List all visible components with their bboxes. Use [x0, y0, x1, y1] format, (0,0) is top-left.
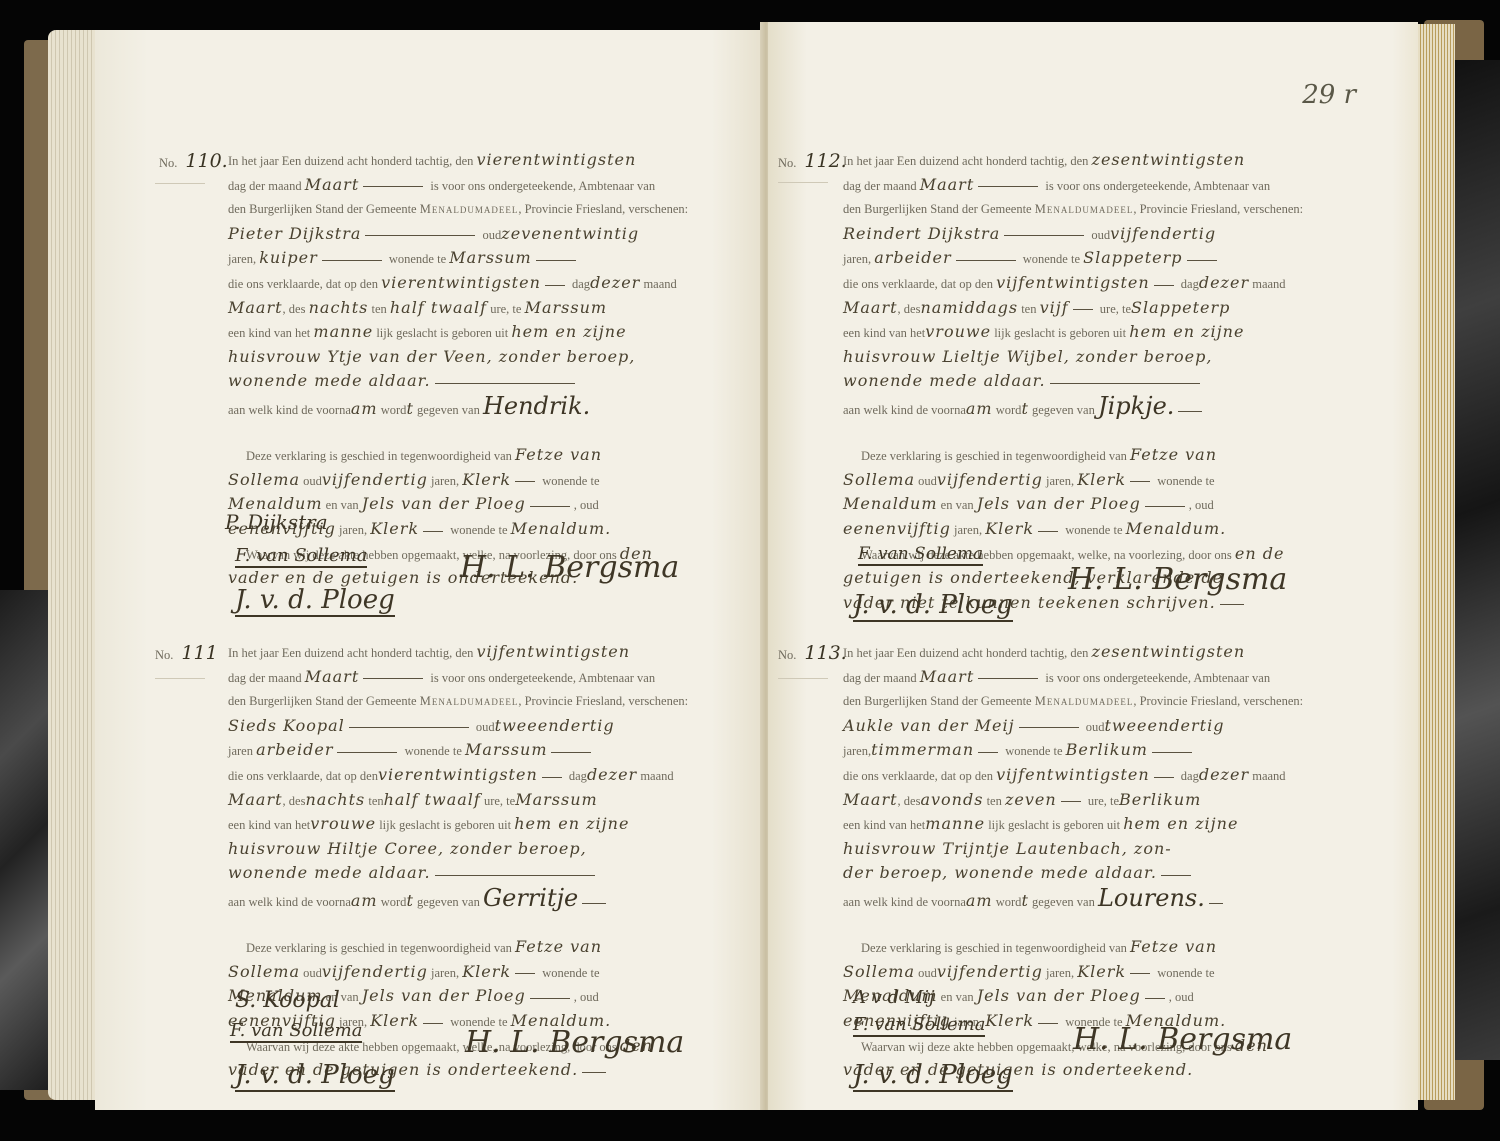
handwritten-entry: Menaldum.	[511, 519, 612, 538]
fill-line	[1154, 285, 1174, 286]
printed-text: is voor ons ondergeteekende, Ambtenaar v…	[1045, 671, 1270, 685]
fill-line	[1152, 752, 1192, 753]
handwritten-entry: Klerk	[370, 1011, 419, 1030]
fill-line	[978, 678, 1038, 679]
printed-text: wonende te	[542, 474, 599, 488]
fill-line	[515, 481, 535, 482]
fill-line	[1038, 1023, 1058, 1024]
record-line: In het jaar Een duizend acht honderd tac…	[228, 640, 813, 665]
record-line: jaren arbeider wonende te Marssum	[228, 738, 813, 763]
printed-text: den Burgerlijken Stand der Gemeente	[843, 694, 1032, 708]
handwritten-entry: hem en zijne	[511, 322, 626, 341]
printed-text: word	[996, 895, 1022, 909]
fill-line	[515, 973, 535, 974]
printed-text: oud	[1086, 720, 1105, 734]
child-name: Lourens.	[1098, 884, 1205, 912]
printed-text: dag	[569, 769, 587, 783]
printed-text: , des	[283, 302, 306, 316]
printed-text: In het jaar Een duizend acht honderd tac…	[843, 154, 1088, 168]
handwritten-entry: hem en zijne	[514, 814, 629, 833]
printed-text: oud	[1091, 228, 1110, 242]
record-line	[843, 911, 1413, 936]
record-line: die ons verklaarde, dat op den vijfentwi…	[843, 271, 1413, 296]
record-line: huisvrouw Ytje van der Veen, zonder bero…	[228, 345, 813, 370]
printed-text: dag der maand	[843, 179, 917, 193]
fill-line	[1145, 998, 1165, 999]
record-line: In het jaar Een duizend acht honderd tac…	[843, 640, 1413, 665]
record-line: een kind van hetvrouwe lijk geslacht is …	[228, 812, 813, 837]
printed-text: ten	[1021, 302, 1036, 316]
fill-line	[1038, 531, 1058, 532]
handwritten-entry: zevenentwintig	[501, 224, 639, 243]
printed-text: die ons verklaarde, dat op den	[843, 277, 993, 291]
handwritten-entry: Jels van der Ploeg	[977, 986, 1141, 1005]
printed-text: jaren,	[431, 474, 459, 488]
signature: F. van Sollema	[235, 545, 367, 568]
handwritten-entry: vijfendertig	[322, 962, 428, 981]
left-page: No.110. In het jaar Een duizend acht hon…	[95, 30, 765, 1110]
record-line: een kind van het manne lijk geslacht is …	[228, 320, 813, 345]
fill-line	[551, 752, 591, 753]
handwritten-entry: nachts	[305, 790, 365, 809]
record-line: wonende mede aldaar.	[843, 369, 1413, 394]
printed-text: ten	[368, 794, 383, 808]
handwritten-entry: wonende mede aldaar.	[228, 863, 431, 882]
record-line: Maart, desnachts tenhalf twaalf ure, teM…	[228, 788, 813, 813]
handwritten-entry: half twaalf	[390, 298, 487, 317]
printed-text: den Burgerlijken Stand der Gemeente	[843, 202, 1032, 216]
printed-text: wonende te	[1157, 474, 1214, 488]
handwritten-entry: vrouwe	[925, 322, 991, 341]
printed-text: gegeven van	[1032, 895, 1095, 909]
record-line: den Burgerlijken Stand der Gemeente Mena…	[228, 197, 813, 222]
record-line: den Burgerlijken Stand der Gemeente Mena…	[228, 689, 813, 714]
fill-line	[956, 260, 1016, 261]
record-line: Sollema oudvijfendertig jaren, Klerk won…	[843, 468, 1413, 493]
printed-text: jaren	[228, 744, 253, 758]
record-line: een kind van hetmanne lijk geslacht is g…	[843, 812, 1413, 837]
record-line: die ons verklaarde, dat op den vijfentwi…	[843, 763, 1413, 788]
printed-text: maand	[1252, 769, 1285, 783]
printed-text: ten	[371, 302, 386, 316]
record-number-label: No.112.	[778, 150, 847, 172]
fill-line	[582, 903, 606, 904]
printed-text: die ons verklaarde, dat op den	[228, 277, 378, 291]
printed-text: gegeven van	[417, 895, 480, 909]
record-line: huisvrouw Trijntje Lautenbach, zon-	[843, 837, 1413, 862]
fill-line	[1130, 973, 1150, 974]
handwritten-entry: Marssum	[525, 298, 607, 317]
printed-text: lijk geslacht is geboren uit	[994, 326, 1126, 340]
right-page: 29 r No.112. In het jaar Een duizend ach…	[768, 22, 1418, 1110]
signature: P. Dijkstra	[225, 510, 328, 534]
signature: S. Koopal	[235, 988, 340, 1013]
handwritten-entry: en de	[1235, 544, 1285, 563]
record-line	[843, 419, 1413, 444]
printed-text: ure, te	[1088, 794, 1119, 808]
handwritten-entry: dezer	[587, 765, 637, 784]
record-line: Deze verklaring is geschied in tegenwoor…	[843, 935, 1413, 960]
printed-text: den Burgerlijken Stand der Gemeente	[228, 202, 417, 216]
printed-text: dag der maand	[843, 671, 917, 685]
handwritten-entry: der beroep, wonende mede aldaar.	[843, 863, 1157, 882]
handwritten-entry: tweeendertig	[495, 716, 615, 735]
printed-text: een kind van het	[843, 326, 925, 340]
printed-text: ure, te	[490, 302, 521, 316]
printed-text: wonende te	[1005, 744, 1062, 758]
printed-text: die ons verklaarde, dat op den	[228, 769, 378, 783]
record-line: wonende mede aldaar.	[228, 369, 813, 394]
birth-record-111: In het jaar Een duizend acht honderd tac…	[228, 640, 813, 1083]
printed-text: gegeven van	[1032, 403, 1095, 417]
handwritten-entry: Klerk	[985, 1011, 1034, 1030]
handwritten-entry: half twaalf	[384, 790, 481, 809]
handwritten-entry: vierentwintigsten	[477, 150, 637, 169]
handwritten-entry: Sollema	[228, 470, 300, 489]
handwritten-entry: t	[1021, 399, 1028, 418]
record-line: die ons verklaarde, dat op denvierentwin…	[228, 763, 813, 788]
record-line: In het jaar Een duizend acht honderd tac…	[843, 148, 1413, 173]
printed-text: Deze verklaring is geschied in tegenwoor…	[861, 941, 1127, 955]
handwritten-entry: t	[1021, 891, 1028, 910]
record-line: Pieter Dijkstra oudzevenentwintig	[228, 222, 813, 247]
handwritten-entry: Maart	[920, 667, 975, 686]
handwritten-entry: vijfentwintigsten	[996, 765, 1150, 784]
printed-text: jaren,	[843, 744, 871, 758]
record-line: dag der maand Maart is voor ons onderget…	[228, 665, 813, 690]
printed-text: Menaldumadeel	[1035, 202, 1134, 216]
handwritten-entry: am	[351, 399, 378, 418]
fill-line	[1073, 309, 1093, 310]
printed-text: In het jaar Een duizend acht honderd tac…	[843, 646, 1088, 660]
fill-line	[1209, 903, 1223, 904]
printed-text: , des	[283, 794, 306, 808]
signature: J. v. d. Ploeg	[235, 585, 395, 617]
handwritten-entry: Maart	[228, 298, 283, 317]
printed-text: aan welk kind de voorna	[843, 403, 966, 417]
record-line	[228, 419, 813, 444]
printed-text: wonende te	[1065, 523, 1122, 537]
printed-text: den Burgerlijken Stand der Gemeente	[228, 694, 417, 708]
handwritten-entry: am	[966, 891, 993, 910]
signature: J. v. d. Ploeg	[853, 590, 1013, 622]
fill-line	[1061, 801, 1081, 802]
printed-text: en van	[941, 990, 974, 1004]
handwritten-entry: Maart	[920, 175, 975, 194]
printed-text: ure, te	[1100, 302, 1131, 316]
signature: F. van Sollema	[858, 544, 983, 566]
printed-text: wonende te	[1023, 252, 1080, 266]
printed-text: oud	[476, 720, 495, 734]
record-line: den Burgerlijken Stand der Gemeente Mena…	[843, 197, 1413, 222]
printed-text: die ons verklaarde, dat op den	[843, 769, 993, 783]
handwritten-entry: Fetze van	[515, 445, 602, 464]
signature: F. van Sollema	[853, 1014, 985, 1037]
record-line: Maart, desavonds ten zeven ure, teBerlik…	[843, 788, 1413, 813]
fill-line	[1220, 604, 1244, 605]
printed-text: dag der maand	[228, 179, 302, 193]
record-line	[228, 911, 813, 936]
printed-text: Menaldumadeel	[420, 202, 519, 216]
fill-line	[423, 1023, 443, 1024]
handwritten-entry: zeven	[1005, 790, 1057, 809]
handwritten-entry: kuiper	[259, 248, 317, 267]
record-line: dag der maand Maart is voor ons onderget…	[843, 173, 1413, 198]
record-line: aan welk kind de voornaam wordt gegeven …	[843, 394, 1413, 419]
printed-text: oud	[918, 474, 937, 488]
handwritten-entry: Marssum	[515, 790, 597, 809]
printed-text: maand	[1252, 277, 1285, 291]
printed-text: is voor ons ondergeteekende, Ambtenaar v…	[430, 671, 655, 685]
signature: J. v. d. Ploeg	[235, 1060, 395, 1092]
printed-text: oud	[303, 474, 322, 488]
handwritten-entry: Sollema	[843, 470, 915, 489]
handwritten-entry: avonds	[920, 790, 983, 809]
printed-text: lijk geslacht is geboren uit	[376, 326, 508, 340]
handwritten-entry: Berlikum	[1066, 740, 1148, 759]
printed-text: , des	[898, 302, 921, 316]
printed-text: word	[996, 403, 1022, 417]
handwritten-entry: Klerk	[985, 519, 1034, 538]
handwritten-entry: huisvrouw Lieltje Wijbel, zonder beroep,	[843, 347, 1212, 366]
handwritten-entry: Slappeterp	[1131, 298, 1230, 317]
printed-text: is voor ons ondergeteekende, Ambtenaar v…	[1045, 179, 1270, 193]
handwritten-entry: tweeendertig	[1104, 716, 1224, 735]
fill-line	[349, 727, 469, 728]
handwritten-entry: wonende mede aldaar.	[843, 371, 1046, 390]
printed-text: In het jaar Een duizend acht honderd tac…	[228, 154, 473, 168]
printed-text: word	[381, 895, 407, 909]
record-line: jaren, kuiper wonende te Marssum	[228, 246, 813, 271]
fill-line	[322, 260, 382, 261]
fill-line	[363, 678, 423, 679]
marbled-endpaper-right	[1450, 60, 1500, 1060]
handwritten-entry: vijfendertig	[1110, 224, 1216, 243]
printed-text: Menaldumadeel	[1035, 694, 1134, 708]
handwritten-entry: Klerk	[370, 519, 419, 538]
handwritten-entry: Maart	[305, 175, 360, 194]
printed-text: ure, te	[484, 794, 515, 808]
fill-line	[530, 506, 570, 507]
fill-line	[1050, 383, 1200, 384]
handwritten-entry: arbeider	[874, 248, 951, 267]
handwritten-entry: Fetze van	[1130, 937, 1217, 956]
printed-text: wonende te	[450, 523, 507, 537]
handwritten-entry: dezer	[590, 273, 640, 292]
printed-text: In het jaar Een duizend acht honderd tac…	[228, 646, 473, 660]
fill-line	[545, 285, 565, 286]
printed-text: is voor ons ondergeteekende, Ambtenaar v…	[430, 179, 655, 193]
handwritten-entry: Fetze van	[515, 937, 602, 956]
printed-text: Menaldumadeel	[420, 694, 519, 708]
printed-text: jaren,	[954, 523, 982, 537]
record-line: der beroep, wonende mede aldaar.	[843, 861, 1413, 886]
printed-text: , Provincie Friesland, verschenen:	[1133, 694, 1303, 708]
handwritten-entry: am	[351, 891, 378, 910]
fill-line	[582, 1072, 606, 1073]
child-name: Gerritje	[483, 884, 578, 912]
handwritten-entry: dezer	[1199, 273, 1249, 292]
handwritten-entry: namiddags	[920, 298, 1018, 317]
printed-text: aan welk kind de voorna	[228, 895, 351, 909]
handwritten-entry: hem en zijne	[1123, 814, 1238, 833]
handwritten-entry: vijf	[1040, 298, 1069, 317]
record-line: aan welk kind de voornaam wordt gegeven …	[228, 886, 813, 911]
printed-text: en van	[326, 498, 359, 512]
handwritten-entry: Slappeterp	[1083, 248, 1182, 267]
printed-text: jaren,	[339, 523, 367, 537]
printed-text: , oud	[574, 990, 599, 1004]
record-line: In het jaar Een duizend acht honderd tac…	[228, 148, 813, 173]
record-line: Maart, des nachts ten half twaalf ure, t…	[228, 296, 813, 321]
printed-text: , oud	[1169, 990, 1194, 1004]
printed-text: dag der maand	[228, 671, 302, 685]
record-number-label: No.113.	[778, 642, 847, 664]
printed-text: gegeven van	[417, 403, 480, 417]
handwritten-entry: Klerk	[1077, 470, 1126, 489]
fill-line	[536, 260, 576, 261]
handwritten-entry: hem en zijne	[1129, 322, 1244, 341]
printed-text: ten	[987, 794, 1002, 808]
record-number-label: No.110.	[159, 150, 228, 172]
handwritten-entry: Sieds Koopal	[228, 716, 345, 735]
handwritten-entry: timmerman	[871, 740, 974, 759]
page-edges-right	[1415, 24, 1455, 1100]
printed-text: oud	[303, 966, 322, 980]
printed-text: wonende te	[542, 966, 599, 980]
handwritten-entry: Maart	[843, 790, 898, 809]
handwritten-entry: eenenvijftig	[843, 519, 951, 538]
record-line: Reindert Dijkstra oudvijfendertig	[843, 222, 1413, 247]
printed-text: , oud	[574, 498, 599, 512]
child-name: Jipkje.	[1098, 392, 1174, 420]
handwritten-entry: Pieter Dijkstra	[228, 224, 361, 243]
handwritten-entry: Marssum	[449, 248, 531, 267]
handwritten-entry: huisvrouw Ytje van der Veen, zonder bero…	[228, 347, 635, 366]
signature: J. v. d. Ploeg	[853, 1060, 1013, 1092]
handwritten-entry: vijfendertig	[937, 470, 1043, 489]
handwritten-entry: Fetze van	[1130, 445, 1217, 464]
handwritten-entry: wonende mede aldaar.	[228, 371, 431, 390]
record-number-label: No.111	[155, 642, 218, 664]
handwritten-entry: am	[966, 399, 993, 418]
printed-text: , des	[898, 794, 921, 808]
printed-text: , oud	[1189, 498, 1214, 512]
handwritten-entry: arbeider	[256, 740, 333, 759]
handwritten-entry: Klerk	[1077, 962, 1126, 981]
record-line: Deze verklaring is geschied in tegenwoor…	[843, 443, 1413, 468]
printed-text: jaren,	[228, 252, 256, 266]
printed-text: een kind van het	[228, 326, 310, 340]
fill-line	[1130, 481, 1150, 482]
handwritten-entry: huisvrouw Hiltje Coree, zonder beroep,	[228, 839, 587, 858]
handwritten-entry: Jels van der Ploeg	[362, 494, 526, 513]
signature: F. van Sollema	[230, 1020, 362, 1043]
handwritten-entry: Klerk	[462, 962, 511, 981]
record-line: eenenvijftig jaren, Klerk wonende te Men…	[843, 517, 1413, 542]
fill-line	[1019, 727, 1079, 728]
handwritten-entry: vijfendertig	[322, 470, 428, 489]
handwritten-entry: Maart	[228, 790, 283, 809]
record-line: Sollema oudvijfendertig jaren, Klerk won…	[843, 960, 1413, 985]
handwritten-entry: vijfendertig	[937, 962, 1043, 981]
printed-text: dag	[1181, 277, 1199, 291]
record-line: Menaldum en van Jels van der Ploeg, oud	[843, 492, 1413, 517]
record-line: jaren,timmerman wonende te Berlikum	[843, 738, 1413, 763]
handwritten-entry: t	[406, 399, 413, 418]
record-line: Deze verklaring is geschied in tegenwoor…	[228, 443, 813, 468]
printed-text: jaren,	[843, 252, 871, 266]
printed-text: , Provincie Friesland, verschenen:	[1133, 202, 1303, 216]
record-number: 113.	[804, 642, 846, 664]
printed-text: jaren,	[1046, 474, 1074, 488]
fill-line	[363, 186, 423, 187]
handwritten-entry: Sollema	[843, 962, 915, 981]
child-name: Hendrik.	[483, 392, 590, 420]
printed-text: oud	[918, 966, 937, 980]
handwritten-entry: zesentwintigsten	[1092, 642, 1246, 661]
signature: A v d Mij	[853, 987, 935, 1008]
fill-line	[978, 752, 998, 753]
signature: H. L. Bergsma	[1073, 1022, 1292, 1057]
printed-text: dag	[572, 277, 590, 291]
handwritten-entry: t	[406, 891, 413, 910]
handwritten-entry: vrouwe	[310, 814, 376, 833]
fill-line	[978, 186, 1038, 187]
handwritten-entry: Sollema	[228, 962, 300, 981]
fill-line	[1178, 411, 1202, 412]
handwritten-entry: Klerk	[462, 470, 511, 489]
handwritten-entry: manne	[313, 322, 373, 341]
handwritten-entry: dezer	[1199, 765, 1249, 784]
record-number: 112.	[804, 150, 846, 172]
fill-line	[1154, 777, 1174, 778]
record-line: een kind van hetvrouwe lijk geslacht is …	[843, 320, 1413, 345]
printed-text: jaren,	[431, 966, 459, 980]
handwritten-entry: vierentwintigsten	[378, 765, 538, 784]
record-line: wonende mede aldaar.	[228, 861, 813, 886]
folio-number: 29 r	[1302, 80, 1356, 110]
signature: H. L. Bergsma	[460, 550, 679, 585]
record-line: Aukle van der Meij oudtweeendertig	[843, 714, 1413, 739]
printed-text: maand	[643, 277, 676, 291]
handwritten-entry: Menaldum.	[1126, 519, 1227, 538]
printed-text: een kind van het	[843, 818, 925, 832]
handwritten-entry: Marssum	[465, 740, 547, 759]
printed-text: lijk geslacht is geboren uit	[379, 818, 511, 832]
printed-text: Deze verklaring is geschied in tegenwoor…	[246, 941, 512, 955]
handwritten-entry: Reindert Dijkstra	[843, 224, 1000, 243]
fill-line	[423, 531, 443, 532]
signature: H. L. Bergsma	[465, 1025, 684, 1060]
printed-text: wonende te	[1157, 966, 1214, 980]
printed-text: , Provincie Friesland, verschenen:	[518, 694, 688, 708]
handwritten-entry: Jels van der Ploeg	[977, 494, 1141, 513]
handwritten-entry: Berlikum	[1119, 790, 1201, 809]
fill-line	[435, 875, 595, 876]
fill-line	[365, 235, 475, 236]
printed-text: Deze verklaring is geschied in tegenwoor…	[861, 449, 1127, 463]
record-line: Maart, desnamiddags ten vijf ure, teSlap…	[843, 296, 1413, 321]
printed-text: dag	[1181, 769, 1199, 783]
handwritten-entry: vijfentwintigsten	[996, 273, 1150, 292]
fill-line	[1161, 875, 1191, 876]
fill-line	[1004, 235, 1084, 236]
handwritten-entry: Menaldum	[843, 494, 938, 513]
printed-text: word	[381, 403, 407, 417]
handwritten-entry: zesentwintigsten	[1092, 150, 1246, 169]
record-line: aan welk kind de voornaam wordt gegeven …	[228, 394, 813, 419]
